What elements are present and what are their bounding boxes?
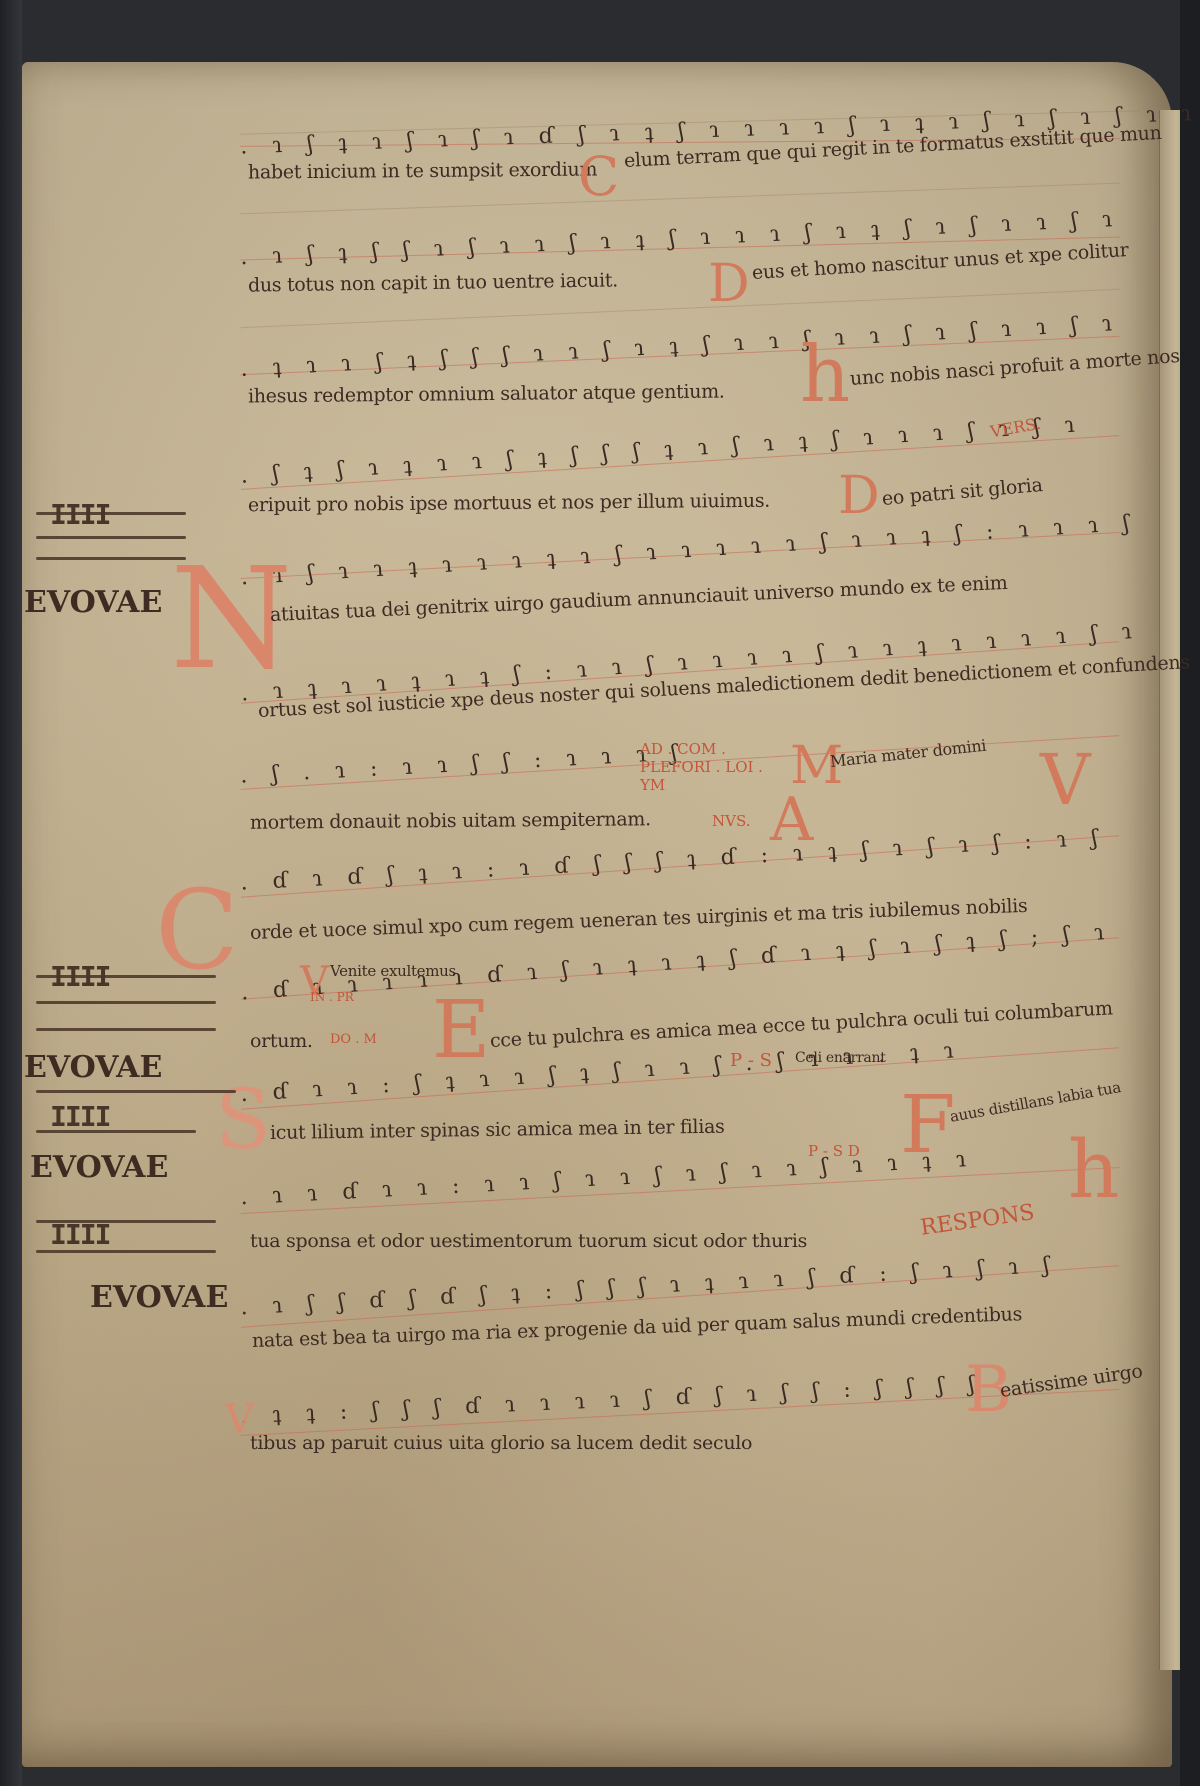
red-initial: E (432, 990, 490, 1070)
chant-text: eatissime uirgo (998, 1360, 1143, 1402)
tonary-notation: IIII (50, 960, 109, 993)
chant-text: dus totus non capit in tuo uentre iacuit… (248, 269, 618, 296)
chant-text: Venite exultemus (330, 962, 456, 980)
chant-text: habet inicium in te sumpsit exordium (248, 158, 597, 183)
evovae-label: EVOVAE (24, 1050, 162, 1085)
evovae-label: EVOVAE (24, 585, 162, 620)
chant-text: tua sponsa et odor uestimentorum tuorum … (250, 1230, 807, 1252)
red-initial-large: C (155, 875, 239, 985)
tonary-rule (36, 557, 186, 560)
red-initial: C (578, 150, 619, 204)
red-initial: h (800, 336, 850, 414)
chant-text: unc nobis nasci profuit a morte nos (849, 345, 1180, 390)
chant-text: eus et homo nascitur unus et xpe colitur (751, 239, 1129, 284)
chant-text: eo patri sit gloria (881, 474, 1043, 510)
red-initial: D (838, 470, 880, 522)
rubric-respons: RESPONS (919, 1200, 1036, 1241)
chant-text: Celi enarrant (795, 1050, 886, 1066)
rubric-psalm: P - S (730, 1050, 772, 1071)
red-initial: F (900, 1085, 956, 1165)
ruling-line (240, 183, 1119, 215)
red-initial: A (770, 790, 813, 850)
rubric-in-pr: IN . PR (310, 990, 354, 1004)
tonary-rule (36, 1001, 216, 1004)
chant-text: eripuit pro nobis ipse mortuus et nos pe… (248, 490, 770, 517)
chant-text: auus distillans labia tua (948, 1078, 1122, 1126)
chant-text: tibus ap paruit cuius uita glorio sa luc… (250, 1432, 752, 1454)
music-text-area: . ɿ ʃ ʇ ɿ ʃ ɿ ʃ ɿ ɗ ʃ ɿ ʇ ʃ ɿ ɿ ɿ ɿ ʃ ɿ … (0, 0, 1200, 1786)
neume-row: . ʇ ʇ : ʃ ʃ ʃ ɗ ɿ ɿ ɿ ɿ ʃ ɗ ʃ ɿ ʃ ʃ : ʃ … (240, 1374, 984, 1428)
tonary-notation: IIII (50, 1218, 109, 1251)
chant-text: icut lilium inter spinas sic amica mea i… (270, 1116, 725, 1144)
rubric-do-m: DO . M (330, 1032, 377, 1047)
red-initial: D (708, 258, 750, 310)
neume-row: . ʃ . ɿ : ɿ ɿ ʃ ʃ : ɿ ɿ ɿ ʃ (240, 742, 687, 787)
evovae-label: EVOVAE (30, 1150, 168, 1185)
chant-text: ortum. (250, 1030, 313, 1052)
red-initial: V (1040, 745, 1091, 815)
red-initial: h (1068, 1130, 1120, 1210)
neume-row: . ɗ ɿ ɗ ʃ ʇ ɿ : ɿ ɗ ʃ ʃ ʃ ʇ ɗ : ɿ ʇ ʃ ɿ … (240, 827, 1107, 894)
chant-text: ihesus redemptor omnium saluator atque g… (248, 381, 725, 408)
rubric-psd: P - S D (808, 1142, 860, 1160)
rubric-nus: NVS. (712, 812, 750, 830)
tonary-rule (36, 1130, 196, 1133)
chant-text: mortem donauit nobis uitam sempiternam. (250, 808, 651, 833)
evovae-label: EVOVAE (90, 1280, 228, 1315)
chant-text: Maria mater domini (829, 736, 987, 771)
rubric-ad-com: AD . COM . PLEFORI . LOI . YM (640, 740, 790, 794)
tonary-rule (36, 1090, 236, 1093)
tonary-rule (36, 536, 186, 539)
neume-row: . ʃ ʇ ʃ ɿ ʇ ɿ ɿ ʃ ʇ ʃ ʃ ʃ ʇ ɿ ʃ ɿ ʇ ʃ ɿ … (240, 414, 1084, 488)
tonary-rule (36, 1028, 216, 1031)
neume-row: . ɿ ɿ ɗ ɿ ɿ : ɿ ɿ ʃ ɿ ɿ ʃ ɿ ʃ ɿ ɿ ʃ ɿ ɿ … (240, 1149, 976, 1209)
tonary-rule (36, 1250, 216, 1253)
chant-text: cce tu pulchra es amica mea ecce tu pulc… (489, 997, 1113, 1052)
tonary-notation: IIII (50, 498, 109, 531)
tonary-notation: IIII (50, 1100, 109, 1133)
